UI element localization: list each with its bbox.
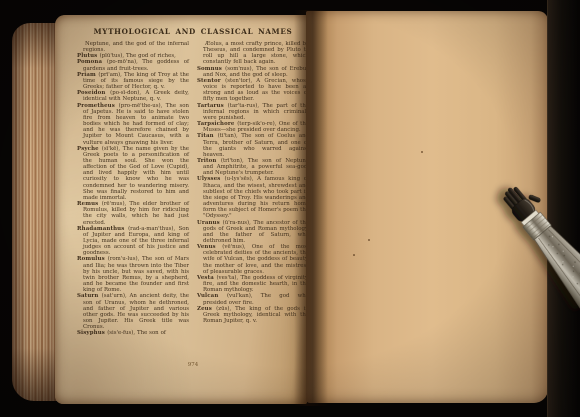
entry-term: Tarpsichore: [197, 121, 237, 127]
silver-hand-bookmark: [470, 150, 580, 320]
dictionary-entry: Priam (prī'am), The king of Troy at the …: [77, 72, 189, 90]
page-edge-stack: [12, 23, 59, 401]
page-header: MYTHOLOGICAL AND CLASSICAL NAMES: [75, 27, 311, 36]
dictionary-entry: Psyche (sī'kē), The name given by the Gr…: [77, 146, 189, 201]
text-columns: Neptune, and the god of the infernal reg…: [77, 41, 310, 337]
entry-term: Romulus: [77, 256, 108, 262]
dictionary-entry: Ulysses (u-lys'sēs), A famous king of It…: [197, 176, 309, 219]
entry-term: Stentor: [197, 78, 225, 84]
dictionary-entry: Romulus (rom'u-lus), The son of Mars and…: [77, 256, 189, 293]
dictionary-entry: Poseidon (po-sī-don), A Greek deity, ide…: [77, 90, 189, 102]
entry-term: Psyche: [77, 146, 102, 152]
dictionary-entry: Zeus (zūs), The king of the gods in Gree…: [197, 306, 309, 324]
dictionary-entry: Venus (vē'nus), One of the most celebrat…: [197, 244, 309, 275]
entry-term: Titan: [197, 133, 218, 139]
page-speck: [368, 239, 370, 241]
entry-term: Triton: [197, 158, 221, 164]
entry-term: Pomona: [77, 59, 107, 65]
dictionary-entry: Remus (rē'mus), The elder brother of Rom…: [77, 201, 189, 226]
dictionary-entry: Vesta (ves'ta), The goddess of virginity…: [197, 275, 309, 293]
dictionary-entry: Somnus (som'nus), The son of Erebus and …: [197, 66, 309, 78]
page-speck: [421, 151, 423, 153]
dictionary-entry: Prometheus (pro-mē'the-us), The son of J…: [77, 103, 189, 146]
page-speck: [353, 254, 355, 256]
entry-term: Tartarus: [197, 103, 228, 109]
entry-term: Zeus: [197, 306, 216, 312]
dictionary-entry: Æolus, a most crafty prince, killed by T…: [197, 41, 309, 66]
entry-term: Ulysses: [197, 176, 224, 182]
dictionary-entry: Saturn (sat'urn), An ancient deity, the …: [77, 293, 189, 330]
text-column-1: Neptune, and the god of the infernal reg…: [77, 41, 189, 337]
dictionary-entry: Uranus (ū'ra-nus), The ancestor of the g…: [197, 220, 309, 245]
entry-term: Poseidon: [77, 90, 110, 96]
entry-term: Sisyphus: [77, 330, 107, 336]
entry-term: Vulcan: [197, 293, 227, 299]
dictionary-entry: Pomona (po-mō'na), The goddess of garden…: [77, 59, 189, 71]
entry-term: Prometheus: [77, 103, 119, 109]
dictionary-entry: Neptune, and the god of the infernal reg…: [77, 41, 189, 53]
dictionary-entry: Stentor (sten'tor), A Grecian, whose voi…: [197, 78, 309, 103]
dictionary-entry: Triton (trī'ton), The son of Neptune and…: [197, 158, 309, 176]
open-book-photo: MYTHOLOGICAL AND CLASSICAL NAMES Neptune…: [0, 0, 580, 417]
page-number: 974: [75, 362, 311, 368]
dictionary-entry: Tarpsichore (terp-sik'o-re), One of the …: [197, 121, 309, 133]
entry-term: Venus: [197, 244, 222, 250]
text-column-2: Æolus, a most crafty prince, killed by T…: [197, 41, 309, 337]
entry-term: Saturn: [77, 293, 102, 299]
dictionary-entry: Vulcan (vul'kan), The god who presided o…: [197, 293, 309, 305]
dictionary-entry: Sisyphus (sis'e-fus), The son of: [77, 330, 189, 336]
dictionary-entry: Titan (tī'tan), The son of Coelus and Te…: [197, 133, 309, 158]
dictionary-entry: Tartarus (tar'ta-rus), The part of the i…: [197, 103, 309, 121]
entry-term: Priam: [77, 72, 98, 78]
entry-term: Uranus: [197, 220, 223, 226]
left-page: MYTHOLOGICAL AND CLASSICAL NAMES Neptune…: [55, 15, 307, 404]
entry-term: Somnus: [197, 66, 225, 72]
entry-term: Remus: [77, 201, 102, 207]
entry-term: Vesta: [197, 275, 216, 281]
dictionary-entry: Rhadamanthus (rad-a-man'thus), Son of Ju…: [77, 226, 189, 257]
entry-term: Rhadamanthus: [77, 226, 128, 232]
